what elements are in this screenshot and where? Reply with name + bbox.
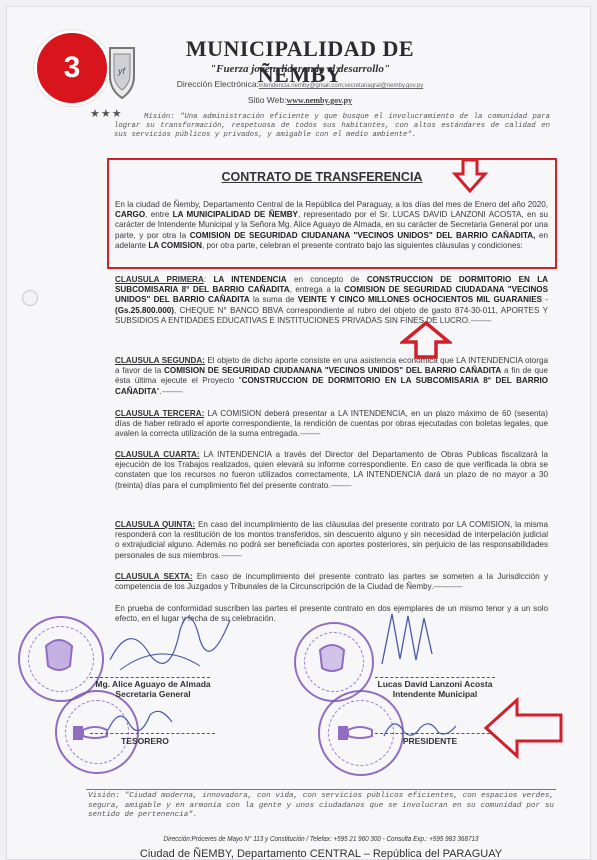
signature-line-presidente [375, 733, 500, 734]
signature-secretaria [100, 600, 260, 680]
bold-text: LA INTENDENCIA [213, 275, 286, 284]
signature-intendente [372, 604, 452, 674]
bold-text: (Gs.25.800.000) [115, 306, 174, 315]
secretaria-role: Secretaria General [78, 689, 228, 699]
clause-cuarta: CLAUSULA CUARTA: LA INTENDENCIA a través… [115, 450, 548, 491]
text: , entrega a la [290, 285, 345, 294]
clause-heading: CLAUSULA CUARTA: [115, 450, 200, 459]
contract-title: CONTRATO DE TRANSFERENCIA [107, 170, 537, 184]
footer-address: Dirección:Próceres de Mayo N° 113 y Cons… [110, 836, 533, 843]
punch-hole [22, 290, 38, 306]
municipality-motto: "Fuerza joven, liderando el desarrollo" [150, 63, 450, 75]
website-line: Sitio Web:www.nemby.gov.py [150, 95, 450, 105]
clause-quinta: CLAUSULA QUINTA: En caso del incumplimie… [115, 520, 548, 561]
text: en concepto de [287, 275, 367, 284]
filler-dashes: ------------ [221, 551, 241, 560]
footer-city: Ciudad de ÑEMBY, Departamento CENTRAL – … [86, 848, 556, 860]
clause-primera: CLAUSULA PRIMERA: LA INTENDENCIA en conc… [115, 275, 548, 326]
filler-dashes: ------------ [331, 481, 351, 490]
presidente-role: PRESIDENTE [365, 736, 495, 746]
email-link[interactable]: intendencia.nemby@gmail.com;secretariagr… [259, 83, 423, 89]
clause-tercera: CLAUSULA TERCERA: LA COMISION deberá pre… [115, 409, 548, 440]
bold-text: LA MUNICIPALIDAD DE ÑEMBY [173, 210, 298, 219]
clause-heading: CLAUSULA SEXTA: [115, 572, 193, 581]
mission-statement: Misión: "Una administración eficiente y … [114, 113, 550, 141]
website-link[interactable]: www.nemby.gov.py [287, 96, 353, 105]
text: - [542, 295, 548, 304]
annotation-arrow-up-icon [400, 320, 452, 360]
bold-text: CARGO [115, 210, 145, 219]
signature-line-intendente [375, 677, 495, 678]
intendente-name: Lucas David Lanzoni Acosta [360, 679, 510, 689]
bold-text: VEINTE Y CINCO MILLONES OCHOCIENTOS MIL … [298, 295, 542, 304]
municipal-shield-logo: yf [104, 40, 142, 102]
clause-heading: CLAUSULA TERCERA: [115, 409, 204, 418]
bold-text: LA COMISION [148, 241, 202, 250]
text: , entre [145, 210, 173, 219]
tesorero-role: TESORERO [80, 736, 210, 746]
website-label: Sitio Web: [248, 95, 287, 105]
signature-line-secretaria [90, 677, 210, 678]
text: En la ciudad de Ñemby, Departamento Cent… [115, 200, 548, 209]
contract-intro: En la ciudad de Ñemby, Departamento Cent… [115, 200, 548, 251]
email-label: Dirección Electrónica: [177, 79, 259, 89]
bold-text: COMISION DE SEGURIDAD CIUDANANA "VECINOS… [190, 231, 536, 240]
clause-sexta: CLAUSULA SEXTA: En caso de incumplimient… [115, 572, 548, 592]
clause-segunda: CLAUSULA SEGUNDA: El objeto de dicho apo… [115, 356, 548, 397]
text: la suma de [250, 295, 298, 304]
text: , por otra parte, celebran el presente c… [202, 241, 523, 250]
filler-dashes: ------------ [299, 429, 319, 438]
clause-heading: CLAUSULA PRIMERA [115, 275, 204, 284]
clause-heading: CLAUSULA SEGUNDA: [115, 356, 205, 365]
filler-dashes: ------------ [470, 316, 490, 325]
email-line: Dirección Electrónica:intendencia.nemby@… [150, 79, 450, 89]
footer-divider [86, 789, 556, 790]
secretaria-name: Mg. Alice Aguayo de Almada [78, 679, 228, 689]
signature-line-tesorero [90, 733, 215, 734]
filler-dashes: ------------ [162, 387, 182, 396]
signature-tesorero [100, 700, 180, 740]
annotation-arrow-left-icon [483, 696, 565, 760]
clause-heading: CLAUSULA QUINTA: [115, 520, 195, 529]
step-number-badge: 3 [34, 30, 110, 106]
vision-statement: Visión: "Ciudad moderna, innovadora, con… [88, 792, 554, 821]
bold-text: COMISION DE SEGURIDAD CIUDANANA "VECINOS… [164, 366, 501, 375]
filler-dashes: ------------ [441, 582, 461, 591]
